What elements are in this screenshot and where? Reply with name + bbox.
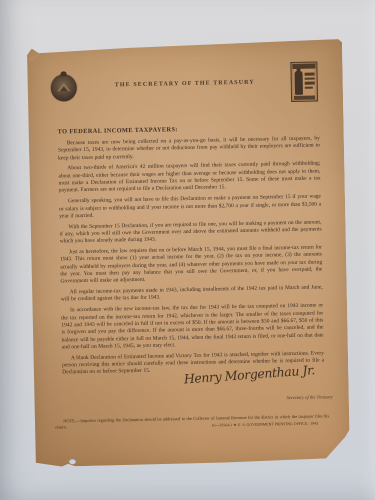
- paragraph: Generally speaking, you will not have to…: [59, 194, 321, 221]
- signature-title: Secretary of the Treasury: [287, 394, 333, 400]
- letter-body: Because taxes are now being collected on…: [58, 135, 325, 380]
- stamp-soldier-figure: [295, 71, 303, 95]
- stamp-text-line: [305, 82, 315, 85]
- stamp-bottom-band: [294, 96, 315, 100]
- paragraph: Just as heretofore, the law requires tha…: [60, 244, 323, 286]
- paragraph: Because taxes are now being collected on…: [58, 135, 320, 162]
- paper-hole: [69, 458, 76, 464]
- footnote: NOTE.—Inquiries regarding the Declaratio…: [55, 413, 329, 431]
- war-bonds-stamp-icon: [290, 61, 318, 102]
- paragraph: In accordance with the new income-tax la…: [61, 303, 324, 352]
- salutation: TO FEDERAL INCOME TAXPAYERS:: [58, 126, 178, 135]
- paragraph: With the September 15 Declaration, if yo…: [59, 219, 321, 246]
- letter-paper: THE SECRETARY OF THE TREASURY TO FEDERAL…: [26, 39, 350, 467]
- photo-background: THE SECRETARY OF THE TREASURY TO FEDERAL…: [0, 0, 375, 500]
- stamp-text-line: [305, 86, 313, 89]
- paragraph: All regular income-tax payments made in …: [61, 285, 323, 305]
- stamp-text-line: [305, 73, 315, 76]
- paragraph: About two-thirds of America's 42 million…: [58, 161, 321, 195]
- stamp-text-line: [305, 77, 315, 80]
- corner-fold: [28, 49, 44, 61]
